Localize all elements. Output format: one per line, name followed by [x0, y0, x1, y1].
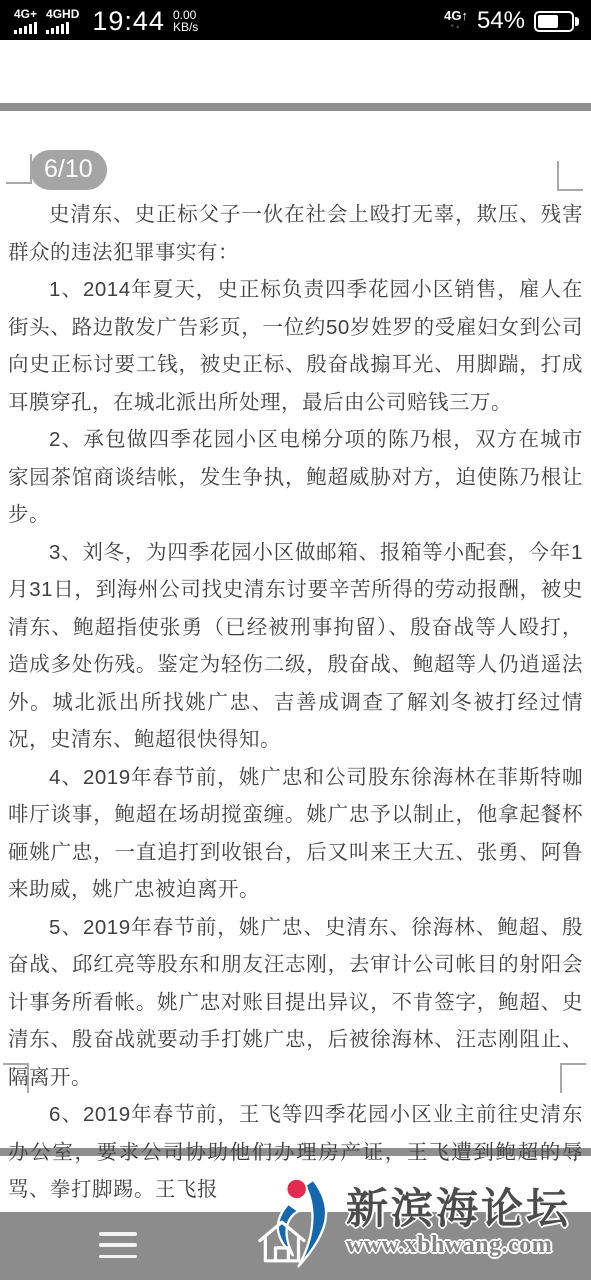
document-page: 史清东、史正标父子一伙在社会上殴打无辜，欺压、残害群众的违法犯罪事实有： 1、2…	[8, 196, 583, 1209]
paragraph-item-2: 2、承包做四季花园小区电梯分项的陈乃根，双方在城市家园茶馆商谈结帐，发生争执，鲍…	[8, 421, 583, 534]
paragraph-item-4: 4、2019年春节前，姚广忠和公司股东徐海林在菲斯特咖啡厅谈事，鲍超在场胡搅蛮缠…	[8, 759, 583, 909]
paragraph-item-3: 3、刘冬，为四季花园小区做邮箱、报箱等小配套，今年1月31日，到海州公司找史清东…	[8, 534, 583, 759]
menu-icon[interactable]	[99, 1232, 137, 1258]
crop-mark-top-left	[6, 154, 32, 184]
network-speed-unit: KB/s	[173, 21, 198, 33]
forum-watermark: 新滨海论坛 www.xbhwang.com	[258, 1176, 591, 1272]
signal-sim1-label: 4G+	[14, 9, 37, 20]
battery-percent: 54%	[477, 7, 525, 35]
clock: 19:44	[92, 7, 165, 35]
crop-mark-top-right	[557, 161, 583, 191]
signal-sim2-label: 4GHD	[46, 9, 79, 20]
forum-url: www.xbhwang.com	[346, 1232, 571, 1258]
paragraph-item-1: 1、2014年夏天，史正标负责四季花园小区销售，雇人在街头、路边散发广告彩页，一…	[8, 271, 583, 421]
battery-icon	[534, 11, 574, 32]
network-type-indicator: 4G↑ ▾▴	[444, 10, 468, 32]
network-speed: 0.00 KB/s	[173, 9, 198, 33]
paragraph-item-5: 5、2019年春节前，姚广忠、史清东、徐海林、鲍超、殷奋战、邱红亮等股东和朋友汪…	[8, 909, 583, 1097]
signal-indicator-sim2: 4GHD	[46, 9, 79, 34]
paragraph-intro: 史清东、史正标父子一伙在社会上殴打无辜，欺压、残害群众的违法犯罪事实有：	[8, 196, 583, 271]
forum-logo-icon	[258, 1176, 350, 1272]
signal-bars-icon	[46, 22, 69, 34]
page-number-badge: 6/10	[30, 150, 107, 190]
status-bar: 4G+ 4GHD 19:44 0.00 KB/s 4G↑ ▾▴ 54%	[0, 0, 591, 40]
signal-bars-icon	[14, 22, 37, 34]
forum-name: 新滨海论坛	[346, 1188, 571, 1230]
network-activity-icon: ▾▴	[451, 21, 462, 32]
top-divider-band	[0, 103, 591, 111]
signal-indicator-sim1: 4G+	[14, 9, 37, 34]
